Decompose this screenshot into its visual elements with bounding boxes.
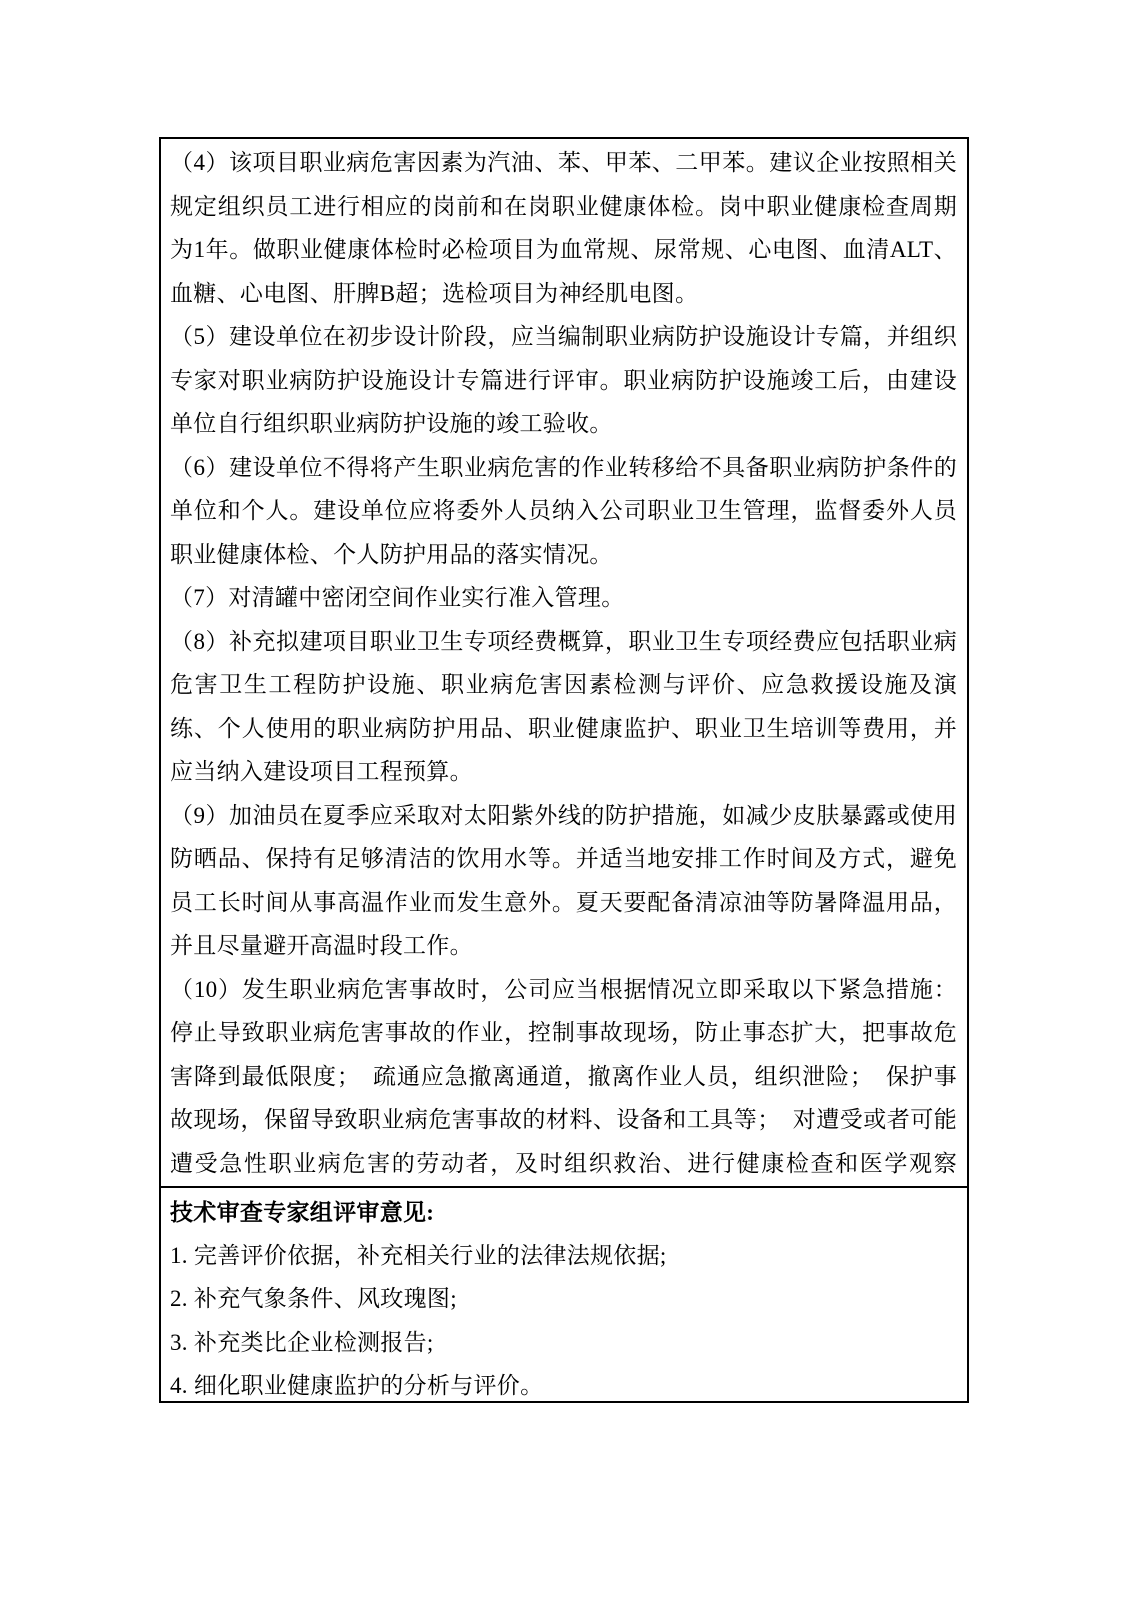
expert-review-heading: 技术审查专家组评审意见: (170, 1191, 957, 1234)
recommendations-cell: （4）该项目职业病危害因素为汽油、苯、甲苯、二甲苯。建议企业按照相关规定组织员工… (161, 139, 967, 1188)
review-item-2: 2. 补充气象条件、风玫瑰图; (170, 1277, 957, 1320)
paragraph-item-9: （9）加油员在夏季应采取对太阳紫外线的防护措施，如减少皮肤暴露或使用防晒品、保持… (170, 794, 957, 968)
expert-review-cell: 技术审查专家组评审意见: 1. 完善评价依据，补充相关行业的法律法规依据; 2.… (161, 1188, 967, 1401)
paragraph-item-4: （4）该项目职业病危害因素为汽油、苯、甲苯、二甲苯。建议企业按照相关规定组织员工… (170, 141, 957, 315)
review-item-3: 3. 补充类比企业检测报告; (170, 1321, 957, 1364)
document-table: （4）该项目职业病危害因素为汽油、苯、甲苯、二甲苯。建议企业按照相关规定组织员工… (159, 137, 969, 1403)
paragraph-item-10: （10）发生职业病危害事故时，公司应当根据情况立即采取以下紧急措施：停止导致职业… (170, 968, 957, 1189)
paragraph-item-5: （5）建设单位在初步设计阶段，应当编制职业病防护设施设计专篇，并组织专家对职业病… (170, 315, 957, 446)
paragraph-item-7: （7）对清罐中密闭空间作业实行准入管理。 (170, 576, 957, 620)
paragraph-item-8: （8）补充拟建项目职业卫生专项经费概算，职业卫生专项经费应包括职业病危害卫生工程… (170, 620, 957, 794)
review-item-1: 1. 完善评价依据，补充相关行业的法律法规依据; (170, 1234, 957, 1277)
paragraph-item-6: （6）建设单位不得将产生职业病危害的作业转移给不具备职业病防护条件的单位和个人。… (170, 446, 957, 577)
review-item-4: 4. 细化职业健康监护的分析与评价。 (170, 1364, 957, 1401)
